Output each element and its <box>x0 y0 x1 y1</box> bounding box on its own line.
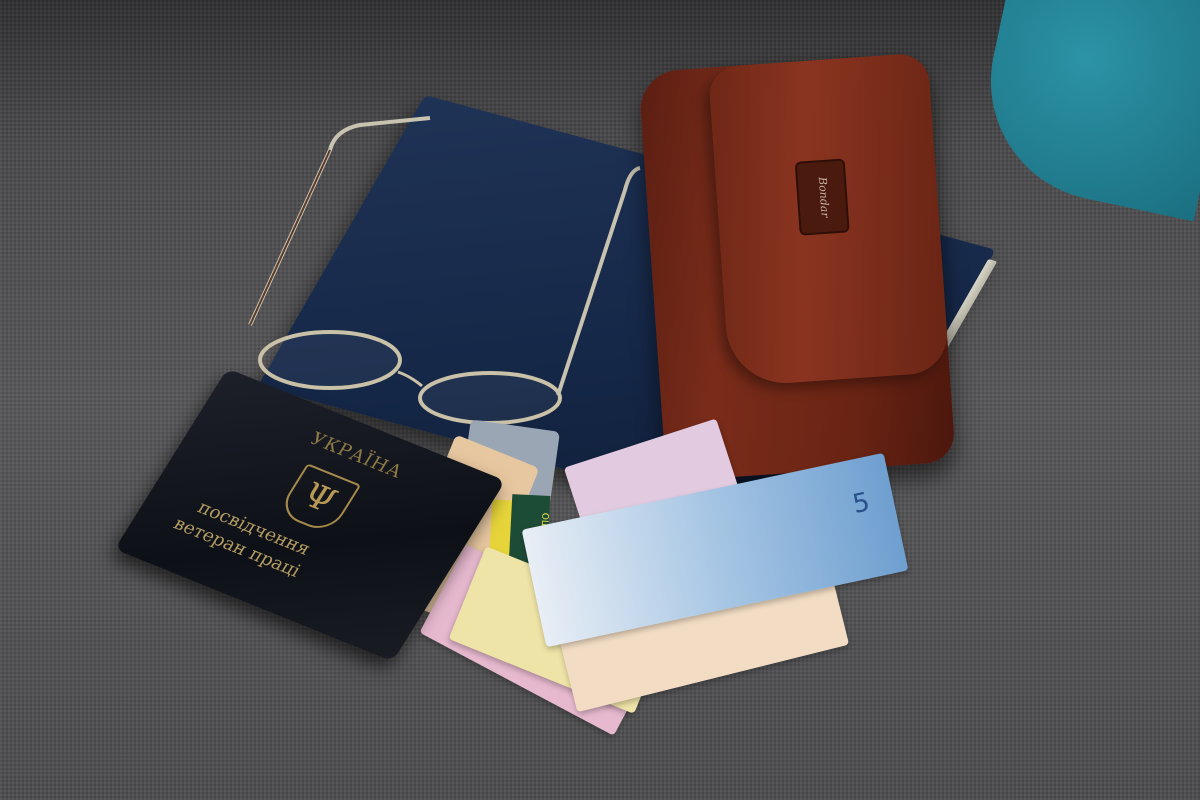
wallet-brand-mark: Bondar <box>795 158 850 235</box>
trident-icon: Ψ <box>276 463 361 535</box>
photo-scene: Bondar ОЩАДБАНК 5 УКРАЇНА Ψ посвідчення … <box>0 0 1200 800</box>
leather-wallet: Bondar <box>638 52 956 481</box>
banknotes: 5 <box>420 420 910 750</box>
teal-pillow <box>969 0 1200 221</box>
reading-glasses <box>240 110 660 430</box>
banknote-denomination: 5 <box>850 487 872 520</box>
